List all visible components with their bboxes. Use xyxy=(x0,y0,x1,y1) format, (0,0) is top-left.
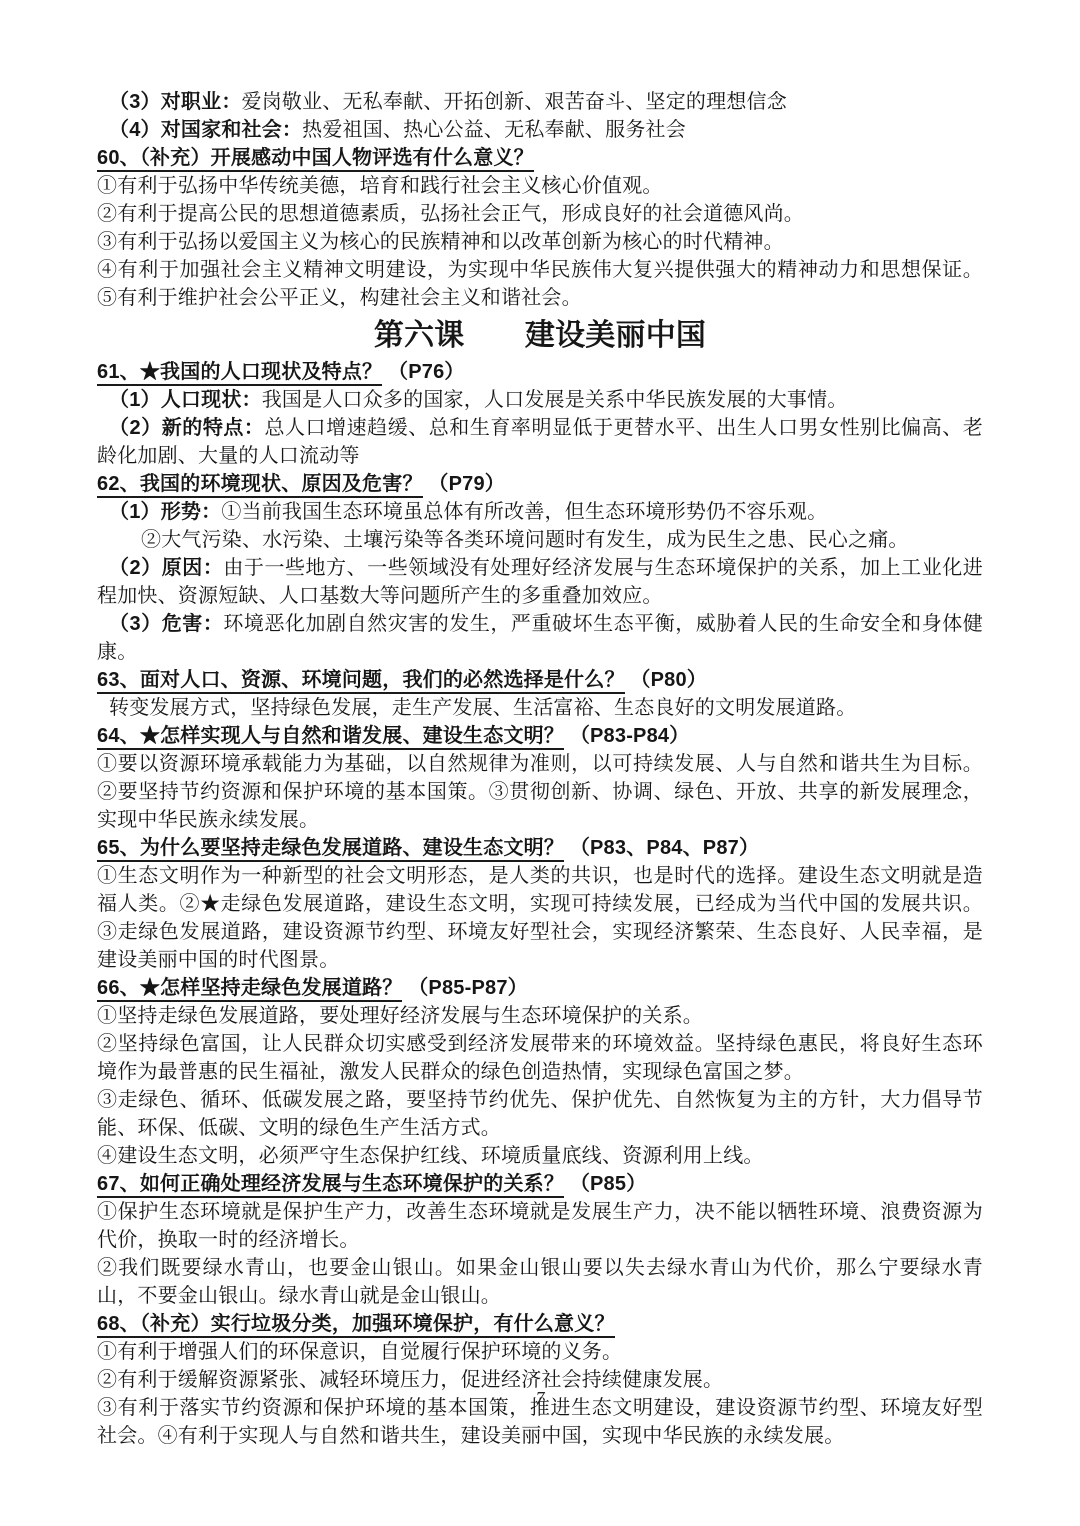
text-segment: 60、（补充）开展感动中国人物评选有什么意义？ xyxy=(97,147,534,172)
text-segment: ③有利于弘扬以爱国主义为核心的民族精神和以改革创新为核心的时代精神。 xyxy=(97,231,784,253)
question-heading: 65、为什么要坚持走绿色发展道路、建设生态文明？ （P83、P84、P87） xyxy=(97,834,983,862)
text-segment: 64、★怎样实现人与自然和谐发展、建设生态文明？ xyxy=(97,725,564,750)
text-segment: （2）原因： xyxy=(109,557,223,579)
question-heading: 61、★我国的人口现状及特点？ （P76） xyxy=(97,358,983,386)
text-segment: ①要以资源环境承载能力为基础，以自然规律为准则，以可持续发展、人与自然和谐共生为… xyxy=(97,753,983,831)
text-segment: ①有利于弘扬中华传统美德，培育和践行社会主义核心价值观。 xyxy=(97,175,663,197)
text-line: （3）对职业：爱岗敬业、无私奉献、开拓创新、艰苦奋斗、坚定的理想信念 xyxy=(97,88,983,116)
text-segment: 环境恶化加剧自然灾害的发生，严重破坏生态平衡，威胁着人民的生命安全和身体健康。 xyxy=(97,613,983,663)
text-segment: 66、★怎样坚持走绿色发展道路？ xyxy=(97,977,402,1002)
text-line: （3）危害：环境恶化加剧自然灾害的发生，严重破坏生态平衡，威胁着人民的生命安全和… xyxy=(97,610,983,666)
document-page: （3）对职业：爱岗敬业、无私奉献、开拓创新、艰苦奋斗、坚定的理想信念（4）对国家… xyxy=(0,0,1080,1526)
text-line: ③有利于弘扬以爱国主义为核心的民族精神和以改革创新为核心的时代精神。 xyxy=(97,228,983,256)
text-line: ①有利于增强人们的环保意识，自觉履行保护环境的义务。 xyxy=(97,1338,983,1366)
text-segment: （P85-P87） xyxy=(408,977,528,999)
question-heading: 62、我国的环境现状、原因及危害？ （P79） xyxy=(97,470,983,498)
text-segment: （3）对职业： xyxy=(109,91,242,113)
text-segment: ①有利于增强人们的环保意识，自觉履行保护环境的义务。 xyxy=(97,1341,622,1363)
text-segment: （4）对国家和社会： xyxy=(109,119,302,141)
text-line: ①有利于弘扬中华传统美德，培育和践行社会主义核心价值观。 xyxy=(97,172,983,200)
text-line: ①坚持走绿色发展道路，要处理好经济发展与生态环境保护的关系。 xyxy=(97,1002,983,1030)
question-heading: 64、★怎样实现人与自然和谐发展、建设生态文明？ （P83-P84） xyxy=(97,722,983,750)
text-segment: （3）危害： xyxy=(109,613,223,635)
text-line: （2）原因：由于一些地方、一些领域没有处理好经济发展与生态环境保护的关系，加上工… xyxy=(97,554,983,610)
text-line: （1）人口现状：我国是人口众多的国家，人口发展是关系中华民族发展的大事情。 xyxy=(97,386,983,414)
text-segment: ②有利于提高公民的思想道德素质，弘扬社会正气，形成良好的社会道德风尚。 xyxy=(97,203,804,225)
text-segment: ③走绿色、循环、低碳发展之路，要坚持节约优先、保护优先、自然恢复为主的方针，大力… xyxy=(97,1089,983,1139)
text-segment: （P80） xyxy=(630,669,707,691)
text-segment: 61、★我国的人口现状及特点？ xyxy=(97,361,382,386)
document-body: （3）对职业：爱岗敬业、无私奉献、开拓创新、艰苦奋斗、坚定的理想信念（4）对国家… xyxy=(97,88,983,1450)
text-segment: 68、（补充）实行垃圾分类，加强环境保护，有什么意义？ xyxy=(97,1313,615,1338)
text-segment: 67、如何正确处理经济发展与生态环境保护的关系？ xyxy=(97,1173,564,1198)
text-line: （1）形势：①当前我国生态环境虽总体有所改善，但生态环境形势仍不容乐观。 xyxy=(97,498,983,526)
text-segment: （1）形势： xyxy=(109,501,221,523)
text-segment: 爱岗敬业、无私奉献、开拓创新、艰苦奋斗、坚定的理想信念 xyxy=(242,91,787,113)
text-segment: ①当前我国生态环境虽总体有所改善，但生态环境形势仍不容乐观。 xyxy=(221,501,827,523)
text-line: ①要以资源环境承载能力为基础，以自然规律为准则，以可持续发展、人与自然和谐共生为… xyxy=(97,750,983,834)
text-segment: ①坚持走绿色发展道路，要处理好经济发展与生态环境保护的关系。 xyxy=(97,1005,703,1027)
text-line: ①生态文明作为一种新型的社会文明形态，是人类的共识，也是时代的选择。建设生态文明… xyxy=(97,862,983,974)
text-segment: （P83-P84） xyxy=(570,725,690,747)
question-heading: 67、如何正确处理经济发展与生态环境保护的关系？ （P85） xyxy=(97,1170,983,1198)
text-line: ③走绿色、循环、低碳发展之路，要坚持节约优先、保护优先、自然恢复为主的方针，大力… xyxy=(97,1086,983,1142)
text-segment: 热爱祖国、热心公益、无私奉献、服务社会 xyxy=(302,119,686,141)
text-segment: （P76） xyxy=(388,361,465,383)
text-line: （2）新的特点：总人口增速趋缓、总和生育率明显低于更替水平、出生人口男女性别比偏… xyxy=(97,414,983,470)
question-heading: 63、面对人口、资源、环境问题，我们的必然选择是什么？ （P80） xyxy=(97,666,983,694)
text-segment: （P85） xyxy=(570,1173,647,1195)
text-segment: 第六课 建设美丽中国 xyxy=(374,319,706,352)
text-line: （4）对国家和社会：热爱祖国、热心公益、无私奉献、服务社会 xyxy=(97,116,983,144)
text-line: ②坚持绿色富国，让人民群众切实感受到经济发展带来的环境效益。坚持绿色惠民，将良好… xyxy=(97,1030,983,1086)
text-line: ④有利于加强社会主义精神文明建设，为实现中华民族伟大复兴提供强大的精神动力和思想… xyxy=(97,256,983,312)
text-segment: （2）新的特点： xyxy=(109,417,264,439)
text-segment: ①保护生态环境就是保护生产力，改善生态环境就是发展生产力，决不能以牺牲环境、浪费… xyxy=(97,1201,983,1251)
section-title: 第六课 建设美丽中国 xyxy=(97,314,983,358)
text-segment: ①生态文明作为一种新型的社会文明形态，是人类的共识，也是时代的选择。建设生态文明… xyxy=(97,865,983,971)
text-segment: 我国是人口众多的国家，人口发展是关系中华民族发展的大事情。 xyxy=(262,389,848,411)
text-line: ②我们既要绿水青山，也要金山银山。如果金山银山要以失去绿水青山为代价，那么宁要绿… xyxy=(97,1254,983,1310)
text-segment: ②我们既要绿水青山，也要金山银山。如果金山银山要以失去绿水青山为代价，那么宁要绿… xyxy=(97,1257,983,1307)
text-line: ②有利于提高公民的思想道德素质，弘扬社会正气，形成良好的社会道德风尚。 xyxy=(97,200,983,228)
text-segment: 转变发展方式，坚持绿色发展，走生产发展、生活富裕、生态良好的文明发展道路。 xyxy=(109,697,856,719)
text-line: 转变发展方式，坚持绿色发展，走生产发展、生活富裕、生态良好的文明发展道路。 xyxy=(97,694,983,722)
text-segment: ④有利于加强社会主义精神文明建设，为实现中华民族伟大复兴提供强大的精神动力和思想… xyxy=(97,259,983,309)
text-segment: ②坚持绿色富国，让人民群众切实感受到经济发展带来的环境效益。坚持绿色惠民，将良好… xyxy=(97,1033,983,1083)
text-segment: 62、我国的环境现状、原因及危害？ xyxy=(97,473,423,498)
question-heading: 66、★怎样坚持走绿色发展道路？ （P85-P87） xyxy=(97,974,983,1002)
text-line: ②大气污染、水污染、土壤污染等各类环境问题时有发生，成为民生之患、民心之痛。 xyxy=(97,526,983,554)
text-segment: （1）人口现状： xyxy=(109,389,262,411)
text-segment: 65、为什么要坚持走绿色发展道路、建设生态文明？ xyxy=(97,837,564,862)
text-line: ④建设生态文明，必须严守生态保护红线、环境质量底线、资源利用上线。 xyxy=(97,1142,983,1170)
question-heading: 60、（补充）开展感动中国人物评选有什么意义？ xyxy=(97,144,983,172)
text-line: ①保护生态环境就是保护生产力，改善生态环境就是发展生产力，决不能以牺牲环境、浪费… xyxy=(97,1198,983,1254)
page-number: 7 xyxy=(0,1388,1080,1409)
question-heading: 68、（补充）实行垃圾分类，加强环境保护，有什么意义？ xyxy=(97,1310,983,1338)
text-segment: 由于一些地方、一些领域没有处理好经济发展与生态环境保护的关系，加上工业化进程加快… xyxy=(97,557,983,607)
text-segment: 63、面对人口、资源、环境问题，我们的必然选择是什么？ xyxy=(97,669,625,694)
text-segment: ④建设生态文明，必须严守生态保护红线、环境质量底线、资源利用上线。 xyxy=(97,1145,764,1167)
text-segment: （P83、P84、P87） xyxy=(570,837,759,859)
text-segment: ②大气污染、水污染、土壤污染等各类环境问题时有发生，成为民生之患、民心之痛。 xyxy=(141,529,909,551)
text-segment: （P79） xyxy=(428,473,505,495)
